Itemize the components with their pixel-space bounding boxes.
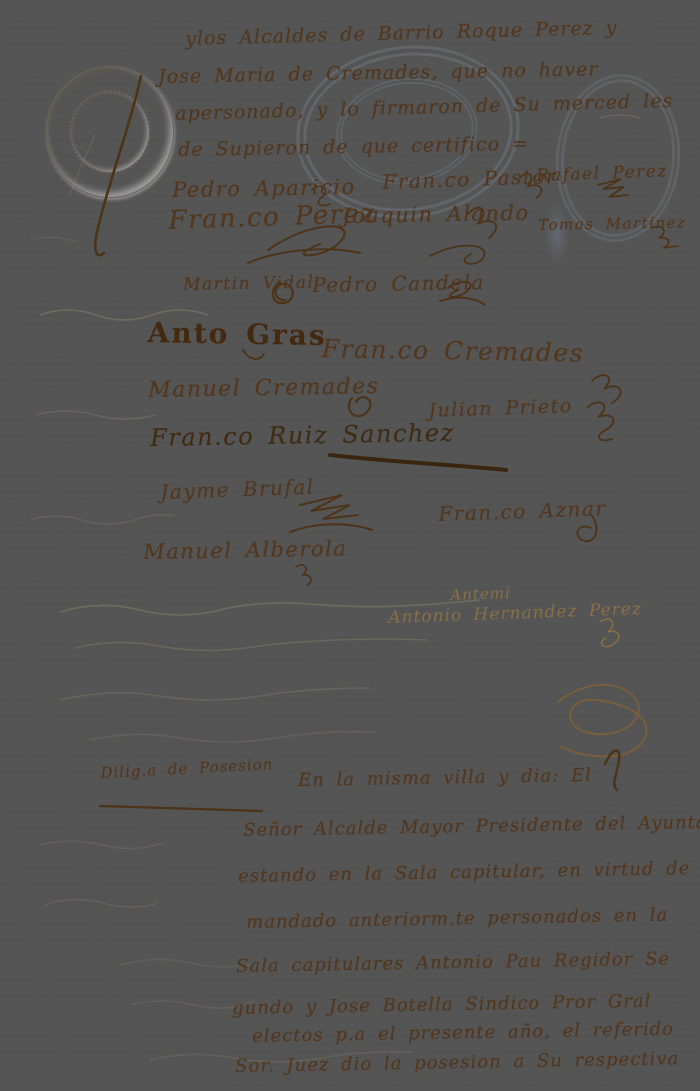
signature-manuel-cremades: Manuel Cremades <box>148 374 380 403</box>
signature-fran-ruiz-sanchez: Fran.co Ruiz Sanchez <box>150 419 455 452</box>
margin-note: Dilig.a de Posesion <box>100 755 274 782</box>
closing-line: Jose Maria de Cremades, que no haver <box>158 58 599 88</box>
ante-mi-label: Antemi <box>450 584 511 604</box>
closing-line: ylos Alcaldes de Barrio Roque Perez y <box>185 17 618 50</box>
stamp-ghost-icon <box>540 190 574 278</box>
embossed-seal <box>46 66 174 198</box>
signature-martin-vidal: Martin Vidal <box>183 273 315 295</box>
possession-line: Señor Alcalde Mayor Presidente del Ayunt… <box>243 811 700 841</box>
signature-tomas-martinez: Tomas Martinez <box>538 213 687 234</box>
possession-line: gundo y Jose Botella Sindico Pror Gral <box>232 991 652 1019</box>
closing-line: apersonado, y lo firmaron de Su merced l… <box>175 90 674 125</box>
notary-signature: Antonio Hernandez Perez <box>388 599 642 628</box>
closing-line: de Supieron de que certifico = <box>178 133 529 161</box>
signature-pedro-candela: Pedro Candela <box>312 270 485 297</box>
signature-pedro-aparicio: Pedro Aparicio <box>172 175 356 202</box>
manuscript-page: ylos Alcaldes de Barrio Roque Perez y Jo… <box>0 0 700 1091</box>
signature-rafael-perez: Rafael Perez <box>536 161 668 186</box>
possession-line: electos p.a el presente año, el referido <box>252 1019 674 1047</box>
possession-line: Sor. Juez dio la posesion a Su respectiv… <box>235 1048 679 1077</box>
signature-fran-cremades: Fran.co Cremades <box>321 334 584 368</box>
signature-manuel-alberola: Manuel Alberola <box>143 536 347 564</box>
possession-line: mandado anteriorm.te personados en la <box>246 905 668 933</box>
signature-jayme-brufal: Jayme Brufal <box>160 475 315 504</box>
possession-line: En la misma villa y dia: El <box>298 765 592 791</box>
possession-line: Sala capitulares Antonio Pau Regidor Se <box>236 948 670 977</box>
signature-joaquin-alando: Joaquin Alando <box>342 201 530 228</box>
possession-line: estando en la Sala capitular, en virtud … <box>238 858 700 887</box>
signature-fran-pastor: Fran.co Pastor <box>382 164 557 194</box>
signature-fran-aznar: Fran.co Aznar <box>438 496 607 526</box>
signature-anto-gras: Anto Gras <box>147 316 327 352</box>
